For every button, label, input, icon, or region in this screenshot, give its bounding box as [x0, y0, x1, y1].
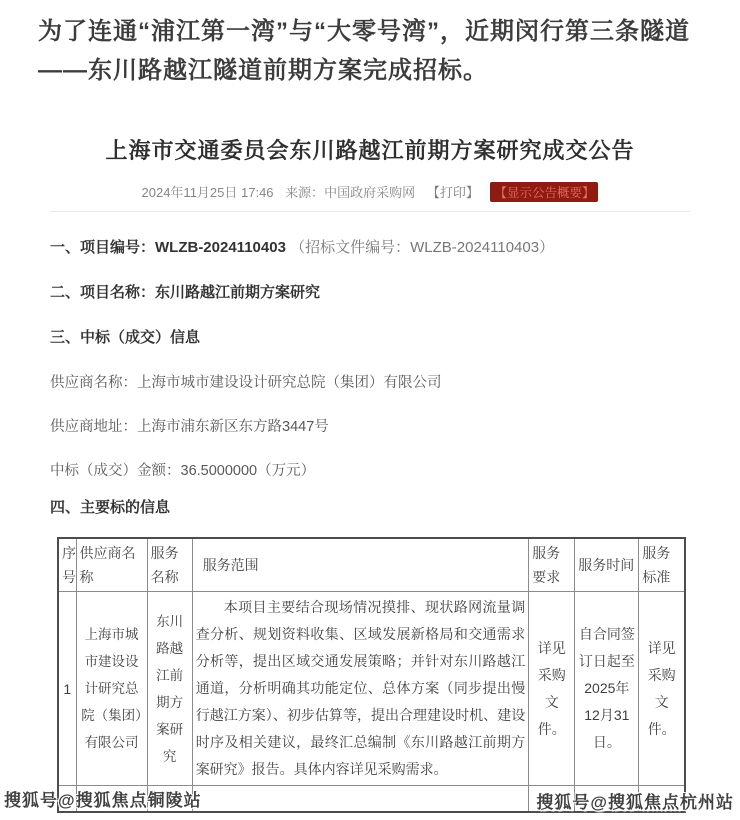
- intro-paragraph: 为了连通“浦江第一湾”与“大零号湾”，近期闵行第三条隧道——东川路越江隧道前期方…: [38, 12, 706, 90]
- project-number-line: 一、项目编号：WLZB-2024110403 （招标文件编号：WLZB-2024…: [50, 236, 700, 257]
- table-header-row: 序号 供应商名称 服务名称 服务范围 服务要求 服务时间 服务标准: [58, 538, 685, 592]
- article-page: { "intro": { "text": "为了连通“浦江第一湾”与“大零号湾”…: [0, 0, 740, 820]
- source-text: 来源：中国政府采购网: [285, 185, 415, 200]
- meta-line: 2024年11月25日 17:46 来源：中国政府采购网 【打印】 【显示公告概…: [0, 182, 740, 202]
- publish-datetime: 2024年11月25日 17:46: [142, 185, 274, 200]
- project-name-line: 二、项目名称：东川路越江前期方案研究: [50, 281, 700, 302]
- watermark-right: 搜狐号@搜狐焦点杭州站: [536, 788, 734, 813]
- header-seq-no: 序号: [58, 538, 76, 592]
- main-subject-heading: 四、主要标的信息: [50, 496, 700, 517]
- award-amount-line: 中标（成交）金额：36.5000000（万元）: [50, 459, 700, 480]
- cell-service-time: 自合同签订日起至2025年12月31日。: [575, 592, 639, 786]
- header-service-name: 服务名称: [147, 538, 192, 592]
- main-subject-table: 序号 供应商名称 服务名称 服务范围 服务要求 服务时间 服务标准 1 上海市城…: [57, 537, 686, 813]
- empty-cell: [192, 786, 529, 812]
- header-service-standard: 服务标准: [639, 538, 685, 592]
- cell-supplier-name: 上海市城市建设设计研究总院（集团）有限公司: [76, 592, 147, 786]
- service-scope-text: 本项目主要结合现场情况摸排、现状路网流量调查分析、规划资料收集、区域发展新格局和…: [196, 594, 526, 783]
- cell-service-standard: 详见采购文件。: [639, 592, 685, 786]
- header-supplier-name: 供应商名称: [76, 538, 147, 592]
- show-summary-badge[interactable]: 【显示公告概要】: [490, 182, 598, 202]
- supplier-name-line: 供应商名称：上海市城市建设设计研究总院（集团）有限公司: [50, 371, 700, 392]
- cell-service-requirement: 详见采购文件。: [529, 592, 575, 786]
- watermark-left: 搜狐号@搜狐焦点铜陵站: [4, 786, 202, 811]
- cell-seq-no: 1: [58, 592, 76, 786]
- print-button[interactable]: 【打印】: [427, 185, 479, 200]
- meta-divider: [50, 211, 690, 212]
- table-row: 1 上海市城市建设设计研究总院（集团）有限公司 东川路越江前期方案研究 本项目主…: [58, 592, 685, 786]
- announcement-title: 上海市交通委员会东川路越江前期方案研究成交公告: [0, 134, 740, 165]
- award-info-heading: 三、中标（成交）信息: [50, 326, 700, 347]
- cell-service-name: 东川路越江前期方案研究: [147, 592, 192, 786]
- table-header: 序号 供应商名称 服务名称 服务范围 服务要求 服务时间 服务标准: [58, 538, 685, 592]
- header-service-scope: 服务范围: [192, 538, 529, 592]
- header-service-time: 服务时间: [575, 538, 639, 592]
- supplier-address-line: 供应商地址：上海市浦东新区东方路3447号: [50, 415, 700, 436]
- project-number-note: （招标文件编号：WLZB-2024110403）: [290, 239, 554, 256]
- project-number-text: 一、项目编号：WLZB-2024110403: [50, 239, 286, 256]
- header-service-requirement: 服务要求: [529, 538, 575, 592]
- cell-service-scope: 本项目主要结合现场情况摸排、现状路网流量调查分析、规划资料收集、区域发展新格局和…: [192, 592, 529, 786]
